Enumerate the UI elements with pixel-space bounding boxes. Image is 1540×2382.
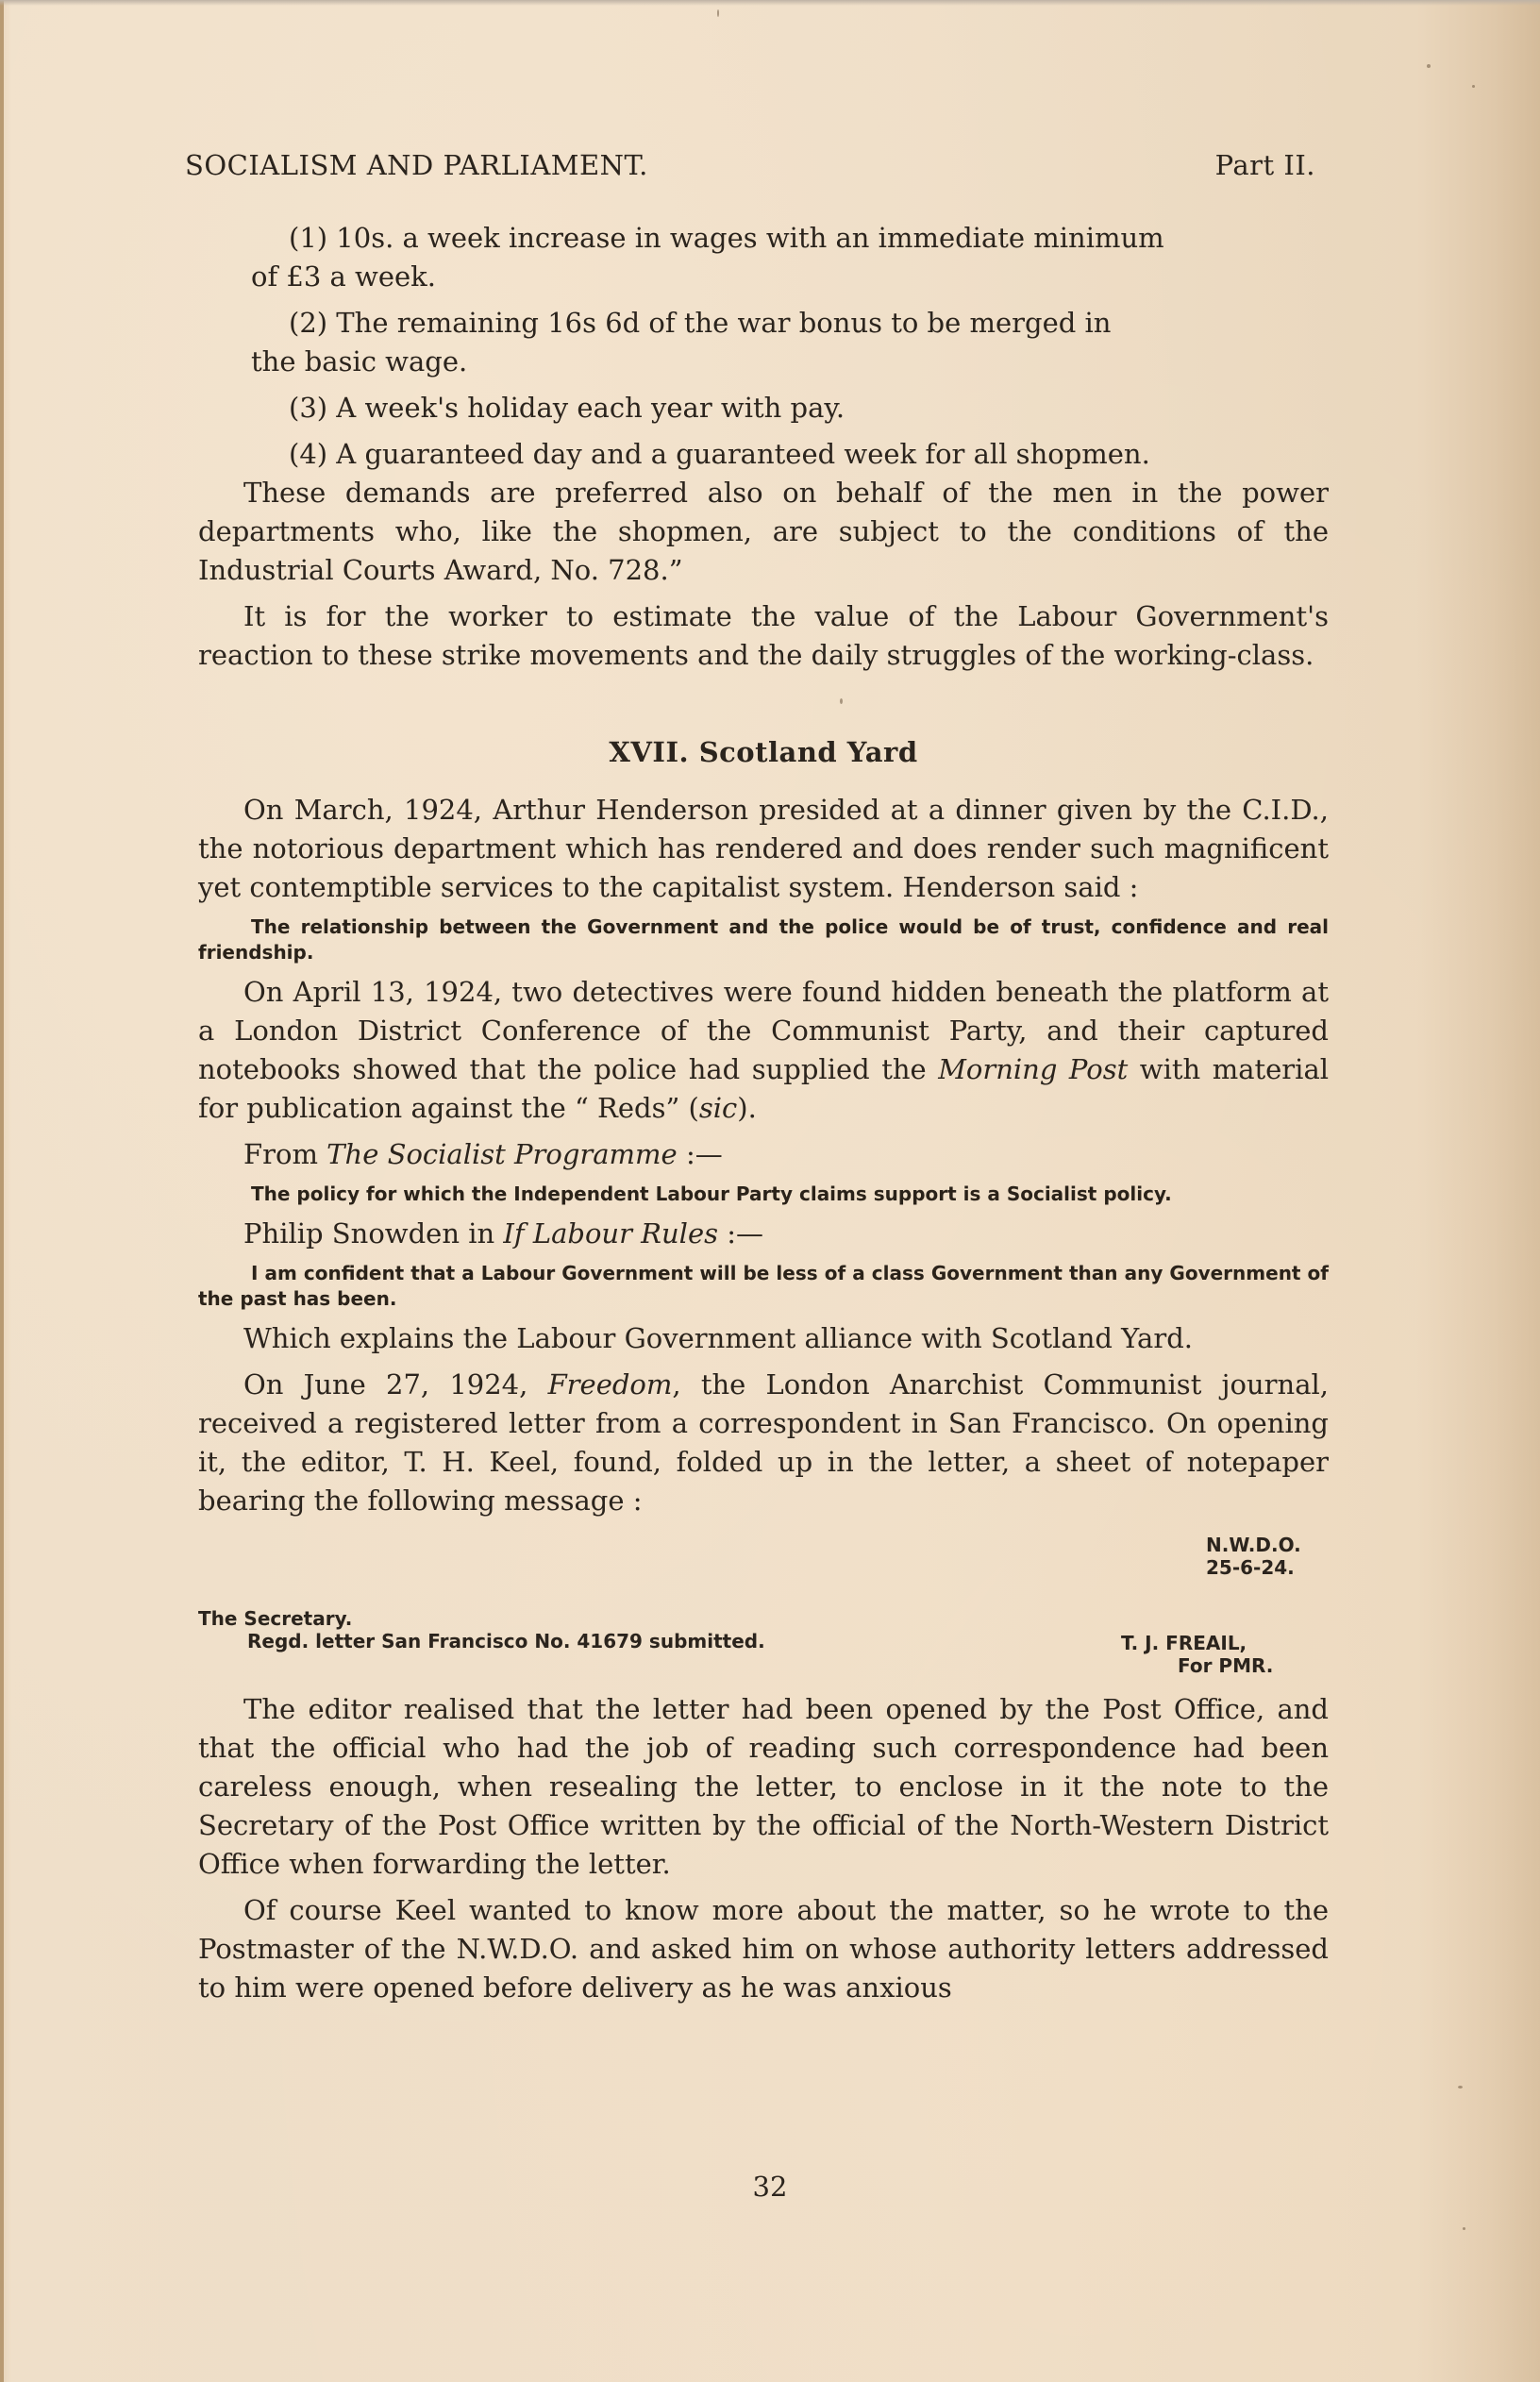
paragraph-demands: These demands are preferred also on beha…	[198, 474, 1329, 590]
list-item-2: (2) The remaining 16s 6d of the war bonu…	[198, 304, 1329, 381]
post-office-memo: N.W.D.O. 25-6-24. The Secretary. Regd. l…	[198, 1520, 1329, 1690]
body-text: (1) 10s. a week increase in wages with a…	[198, 219, 1329, 2007]
journal-title: Freedom	[548, 1368, 673, 1401]
book-title: If Labour Rules	[503, 1217, 718, 1250]
paper-speck	[1463, 2227, 1465, 2230]
running-head-part: Part II.	[1215, 149, 1315, 181]
memo-signatory: T. J. FREAIL,	[1121, 1632, 1319, 1654]
paragraph-june: On June 27, 1924, Freedom, the London An…	[198, 1366, 1329, 1520]
paper-speck	[1472, 85, 1475, 88]
paragraph-march: On March, 1924, Arthur Henderson preside…	[198, 791, 1329, 907]
paragraph-worker: It is for the worker to estimate the val…	[198, 597, 1329, 675]
paragraph-editor: The editor realised that the letter had …	[198, 1690, 1329, 1884]
memo-signature: T. J. FREAIL, For PMR.	[1121, 1632, 1319, 1677]
paragraph-which: Which explains the Labour Government all…	[198, 1319, 1329, 1358]
memo-body: Regd. letter San Francisco No. 41679 sub…	[247, 1630, 765, 1652]
book-page: SOCIALISM AND PARLIAMENT. Part II. (1) 1…	[0, 0, 1540, 2382]
page-number: 32	[0, 2171, 1540, 2203]
quote-snowden: I am confident that a Labour Government …	[198, 1261, 1329, 1312]
quote-henderson: The relationship between the Government …	[198, 914, 1329, 965]
memo-date: 25-6-24.	[1206, 1556, 1329, 1579]
book-title: The Socialist Programme	[326, 1138, 678, 1170]
memo-address: The Secretary. Regd. letter San Francisc…	[198, 1607, 765, 1652]
running-head: SOCIALISM AND PARLIAMENT. Part II.	[185, 149, 1315, 181]
memo-office-block: N.W.D.O. 25-6-24.	[1206, 1534, 1329, 1579]
paper-speck	[1458, 2086, 1463, 2088]
paper-speck	[840, 698, 843, 704]
memo-recipient: The Secretary.	[198, 1607, 352, 1630]
paragraph-keel: Of course Keel wanted to know more about…	[198, 1891, 1329, 2007]
paragraph-snowden: Philip Snowden in If Labour Rules :—	[198, 1215, 1329, 1253]
running-head-title: SOCIALISM AND PARLIAMENT.	[185, 149, 648, 181]
paper-speck	[1427, 64, 1431, 68]
paragraph-april: On April 13, 1924, two detectives were f…	[198, 973, 1329, 1128]
quote-ilp: The policy for which the Independent Lab…	[198, 1182, 1329, 1207]
list-item-3: (3) A week's holiday each year with pay.	[198, 389, 1329, 428]
newspaper-title: Morning Post	[938, 1053, 1128, 1085]
memo-for: For PMR.	[1178, 1654, 1319, 1677]
paragraph-from-programme: From The Socialist Programme :—	[198, 1135, 1329, 1174]
list-item-4: (4) A guaranteed day and a guaranteed we…	[198, 435, 1329, 474]
section-heading: XVII. Scotland Yard	[198, 733, 1329, 772]
list-item-1: (1) 10s. a week increase in wages with a…	[198, 219, 1329, 296]
memo-office: N.W.D.O.	[1206, 1534, 1329, 1556]
paper-speck	[717, 9, 719, 17]
